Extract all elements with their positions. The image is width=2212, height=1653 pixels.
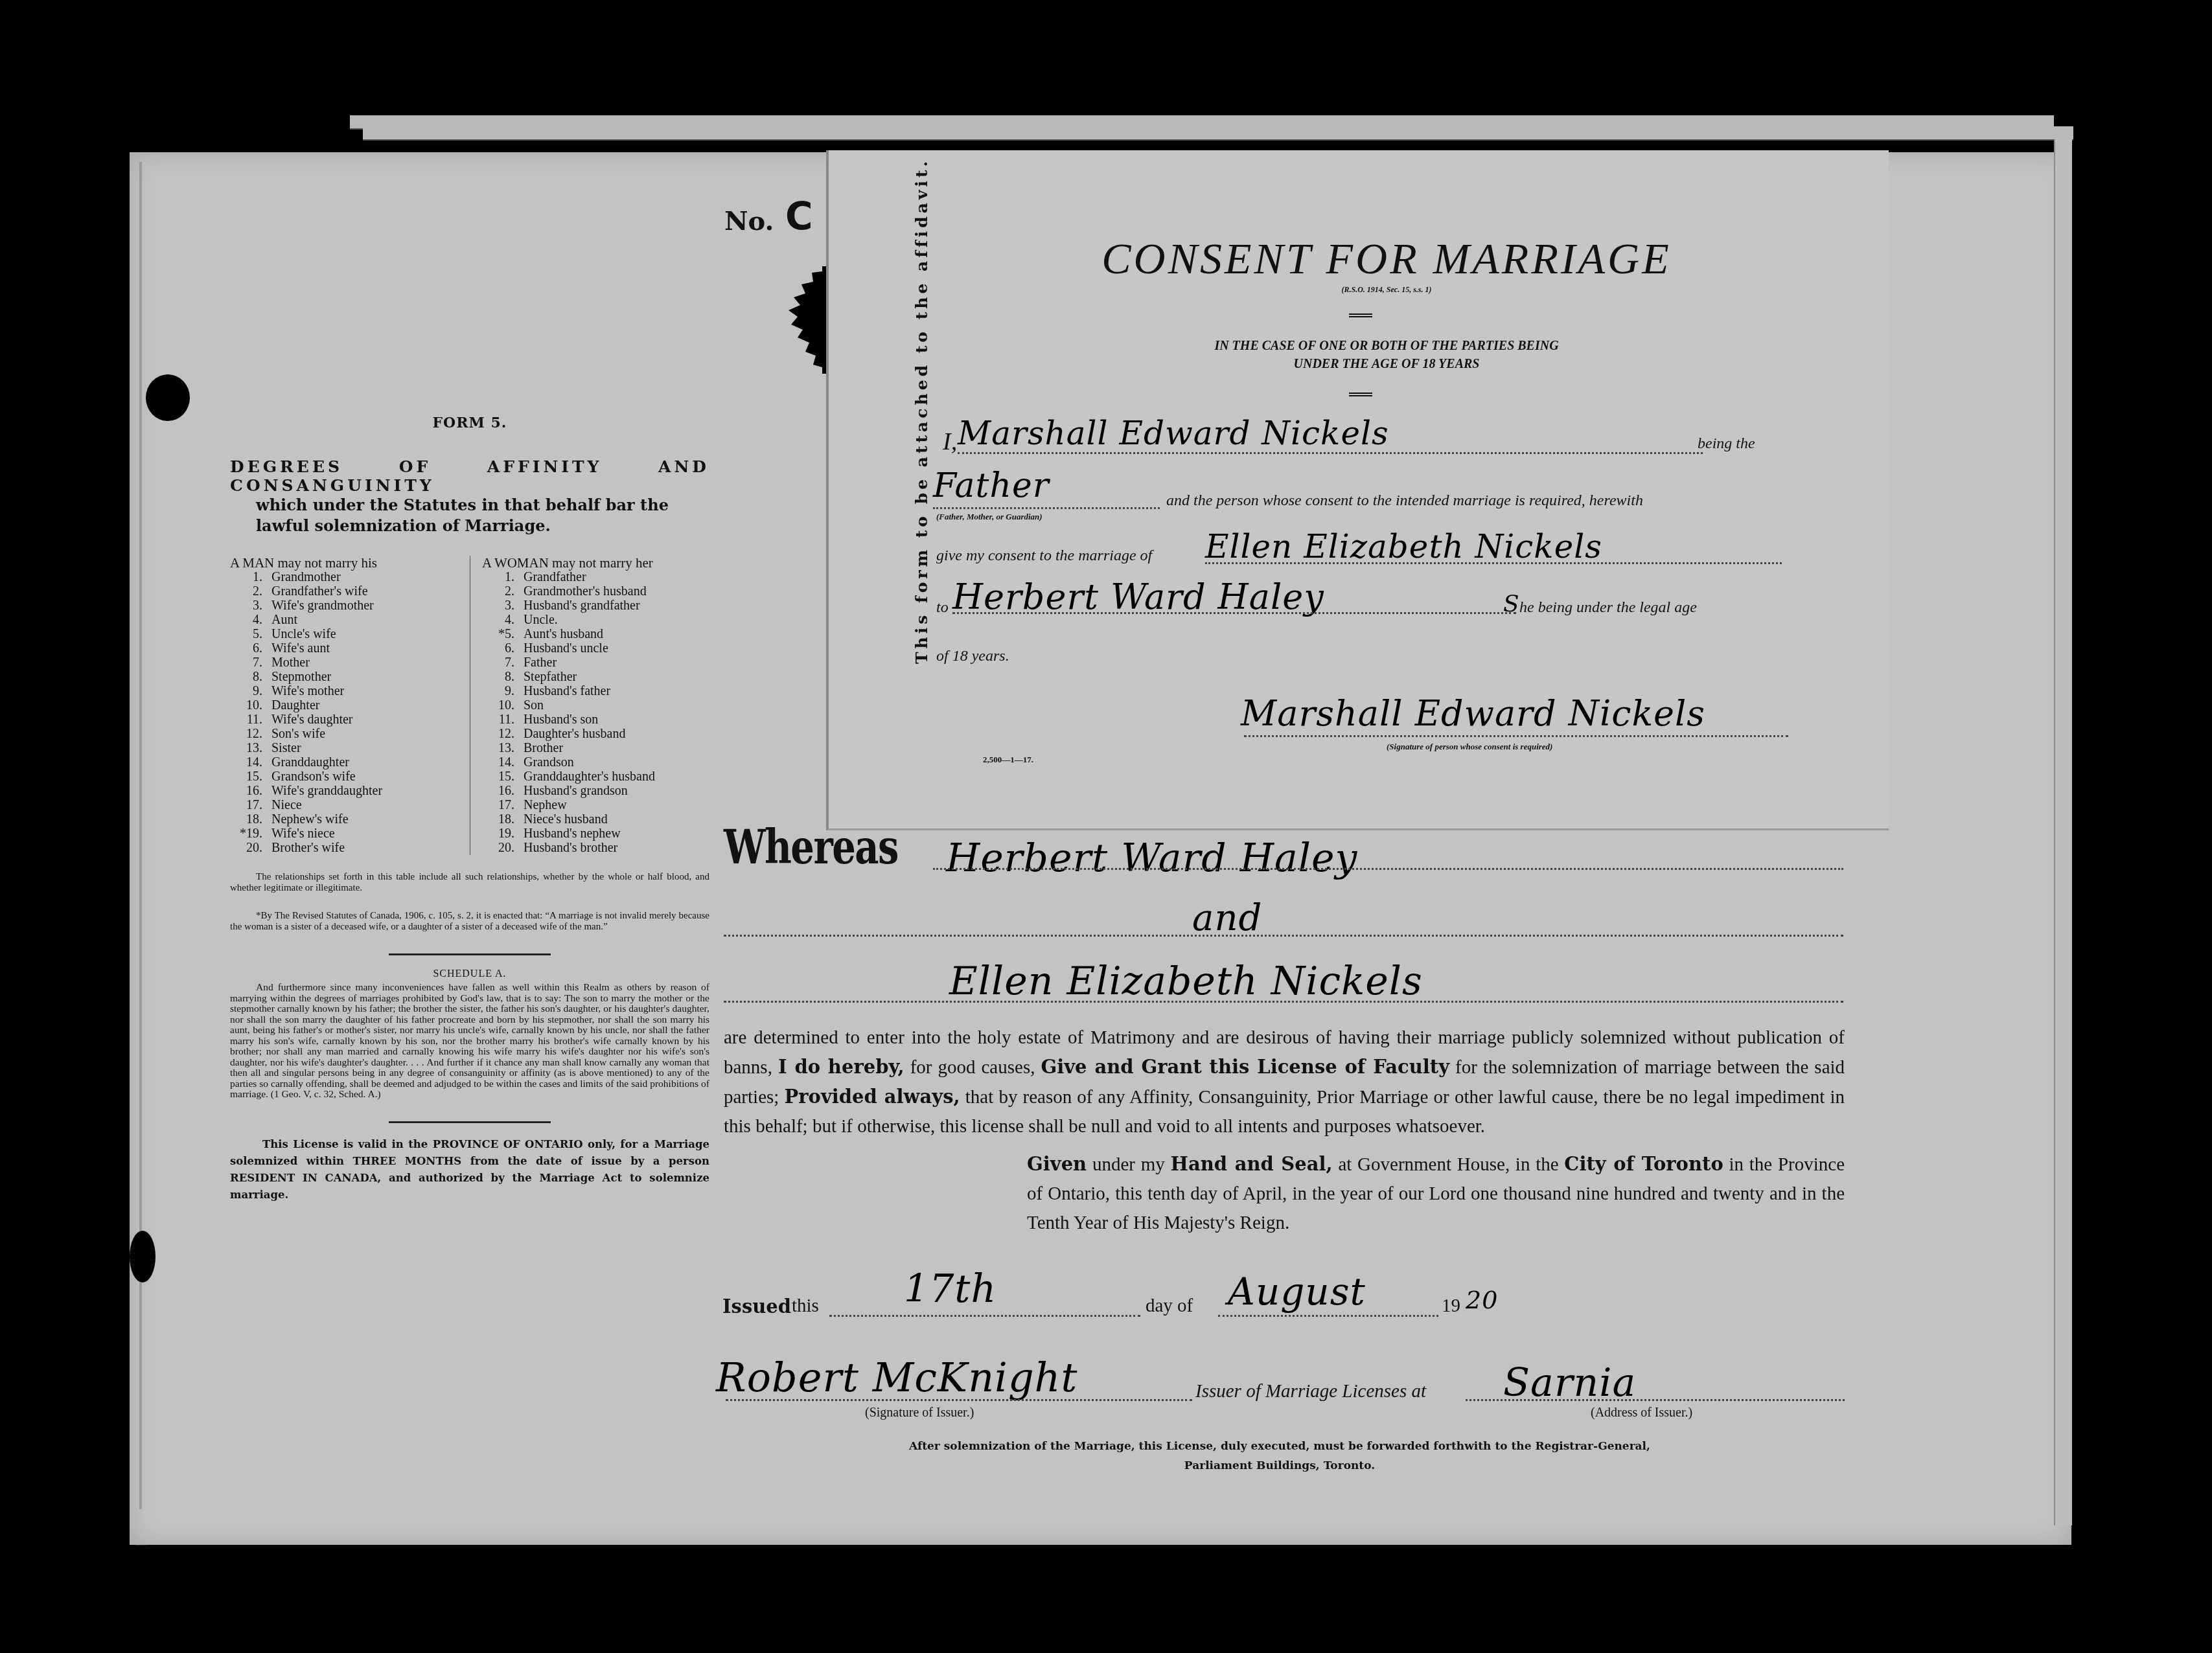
consenter-signature: Marshall Edward Nickels — [1241, 693, 1705, 734]
relationship-text: Wife's granddaughter — [271, 784, 382, 798]
man-list: 1.Grandmother2.Grandfather's wife3.Wife'… — [230, 570, 470, 855]
relationship-text: Grandfather's wife — [271, 584, 368, 598]
issued-this-label: this — [792, 1295, 819, 1317]
being-the-label: being the — [1698, 435, 1755, 453]
issuer-signature-hint: (Signature of Issuer.) — [865, 1406, 974, 1420]
relationship-text: Brother's wife — [271, 841, 345, 855]
dotted-line — [829, 1315, 1140, 1317]
relationship-row: 9.Wife's mother — [230, 684, 470, 698]
row-number: 15. — [230, 769, 271, 784]
row-number: 17. — [230, 798, 271, 812]
row-number: 16. — [482, 784, 524, 798]
dotted-line — [933, 868, 1843, 870]
relationship-text: Granddaughter's husband — [524, 769, 655, 784]
relationship-row: 4.Uncle. — [482, 613, 709, 627]
relationship-row: 8.Stepmother — [230, 670, 470, 684]
issuer-signature: Robert McKnight — [716, 1354, 1077, 1401]
schedule-text: And furthermore since many inconvenience… — [230, 983, 709, 1100]
relationship-text: Grandson's wife — [271, 769, 356, 784]
row-number: 7. — [230, 655, 271, 670]
under-age-clause: he being under the legal age — [1519, 599, 1697, 617]
relationship-field: Father — [933, 466, 1050, 505]
relationship-row: 12.Daughter's husband — [482, 727, 709, 741]
relationship-row: 9.Husband's father — [482, 684, 709, 698]
case-line-2: UNDER THE AGE OF 18 YEARS — [1063, 355, 1711, 373]
issuer-of-label: Issuer of Marriage Licenses at — [1195, 1381, 1426, 1402]
row-number: 11. — [482, 712, 524, 727]
relationship-text: Grandmother — [271, 570, 341, 584]
body-text-2: for good causes, — [910, 1057, 1035, 1078]
page-right-edge — [2054, 139, 2072, 1525]
row-number: 20. — [230, 841, 271, 855]
relationship-row: 18.Nephew's wife — [230, 812, 470, 826]
relationship-row: 10.Daughter — [230, 698, 470, 712]
row-number: 9. — [230, 684, 271, 698]
license-number-prefix: C — [785, 194, 813, 238]
seal-icon — [789, 262, 831, 374]
relationship-text: Grandson — [524, 755, 574, 769]
woman-column: A WOMAN may not marry her 1.Grandfather2… — [470, 556, 709, 855]
relationship-text: Grandfather — [524, 570, 586, 584]
relationship-row: 14.Granddaughter — [230, 755, 470, 769]
dotted-line — [724, 935, 1843, 937]
relationship-row: 11.Husband's son — [482, 712, 709, 727]
spouse-name-field: Herbert Ward Haley — [952, 576, 1324, 617]
given-label: Given — [1027, 1153, 1087, 1175]
give-consent-label: give my consent to the marriage of — [936, 547, 1152, 565]
affinity-subtitle: which under the Statutes in that behalf … — [230, 495, 709, 536]
relationship-text: Father — [524, 655, 557, 670]
given-under-text: Given under my Hand and Seal, at Governm… — [1027, 1150, 1845, 1238]
issued-label: Issued — [722, 1295, 791, 1317]
consent-side-note: This form to be attached to the affidavi… — [912, 158, 931, 664]
statute-note: *By The Revised Statutes of Canada, 1906… — [230, 911, 709, 933]
row-number: 14. — [482, 755, 524, 769]
row-number: 12. — [482, 727, 524, 741]
to-label: to — [936, 599, 949, 617]
relationship-row: 2.Grandmother's husband — [482, 584, 709, 598]
row-number: 2. — [230, 584, 271, 598]
relationship-text: Daughter's husband — [524, 727, 625, 741]
row-number: 13. — [482, 741, 524, 755]
affinity-title: DEGREES OF AFFINITY AND CONSANGUINITY — [230, 457, 709, 495]
divider — [1349, 313, 1372, 317]
consent-statute: (R.S.O. 1914, Sec. 15, s.s. 1) — [1063, 285, 1711, 295]
row-number: 4. — [230, 613, 271, 627]
relationship-row: 17.Niece — [230, 798, 470, 812]
relationship-text: Wife's daughter — [271, 712, 353, 727]
man-column-header: A MAN may not marry his — [230, 556, 470, 570]
row-number: 13. — [230, 741, 271, 755]
relationship-row: 10.Son — [482, 698, 709, 712]
relationship-text: Granddaughter — [271, 755, 349, 769]
address-hint: (Address of Issuer.) — [1591, 1406, 1692, 1420]
relationship-row: 13.Brother — [482, 741, 709, 755]
consenter-name-field: Marshall Edward Nickels — [958, 415, 1389, 452]
dotted-line — [1218, 1315, 1438, 1317]
give-grant: Give and Grant this License of Faculty — [1041, 1056, 1449, 1078]
punch-hole-icon — [130, 1231, 156, 1282]
relationship-row: 3.Wife's grandmother — [230, 598, 470, 613]
day-of-label: day of — [1146, 1295, 1193, 1317]
given-text-2: at Government House, in the — [1338, 1154, 1558, 1175]
relationship-row: 14.Grandson — [482, 755, 709, 769]
relationship-text: Husband's grandfather — [524, 598, 640, 613]
affinity-table-section: FORM 5. DEGREES OF AFFINITY AND CONSANGU… — [230, 415, 709, 1203]
relationship-text: Uncle's wife — [271, 627, 336, 641]
license-body-text: are determined to enter into the holy es… — [724, 1023, 1845, 1141]
row-number: 4. — [482, 613, 524, 627]
relationship-text: Daughter — [271, 698, 319, 712]
relationship-hint: (Father, Mother, or Guardian) — [936, 512, 1043, 522]
year-prefix: 19 — [1442, 1295, 1460, 1317]
row-number: 15. — [482, 769, 524, 784]
hand-and-seal: Hand and Seal, — [1171, 1153, 1333, 1175]
relationship-row: 20.Husband's brother — [482, 841, 709, 855]
signature-hint: (Signature of person whose consent is re… — [1387, 742, 1552, 752]
dotted-line — [958, 452, 1703, 454]
relationship-text: Husband's nephew — [524, 826, 621, 841]
row-number: 6. — [230, 641, 271, 655]
divider — [389, 953, 551, 955]
given-text-1: under my — [1092, 1154, 1165, 1175]
relationship-row: 16.Wife's granddaughter — [230, 784, 470, 798]
print-code: 2,500—1—17. — [983, 755, 1033, 765]
relationship-text: Uncle. — [524, 613, 558, 627]
relationship-text: Son's wife — [271, 727, 325, 741]
binding-crease — [139, 162, 142, 1509]
relationship-text: Aunt's husband — [524, 627, 603, 641]
relationship-row: 2.Grandfather's wife — [230, 584, 470, 598]
row-number: *5. — [482, 627, 524, 641]
relationship-text: Husband's son — [524, 712, 598, 727]
relationship-row: *5.Aunt's husband — [482, 627, 709, 641]
i-label: I, — [943, 427, 957, 456]
relationship-row: 1.Grandfather — [482, 570, 709, 584]
relationship-row: 15.Grandson's wife — [230, 769, 470, 784]
relationship-row: 20.Brother's wife — [230, 841, 470, 855]
relationship-text: Brother — [524, 741, 563, 755]
relationship-text: Aunt — [271, 613, 297, 627]
of-years-label: of 18 years. — [936, 648, 1009, 665]
paper-stack-edge — [363, 126, 2073, 141]
relationship-text: Son — [524, 698, 544, 712]
relationship-row: 15.Granddaughter's husband — [482, 769, 709, 784]
relationship-text: Stepfather — [524, 670, 577, 684]
relationship-row: 11.Wife's daughter — [230, 712, 470, 727]
pronoun-field: S — [1503, 591, 1520, 617]
person-clause: and the person whose consent to the inte… — [1166, 492, 1643, 510]
and-field: and — [1192, 897, 1262, 939]
row-number: 9. — [482, 684, 524, 698]
row-number: 1. — [482, 570, 524, 584]
bride-name-field: Ellen Elizabeth Nickels — [949, 959, 1423, 1004]
relationship-row: 1.Grandmother — [230, 570, 470, 584]
consent-title: CONSENT FOR MARRIAGE — [1063, 233, 1711, 284]
relationship-row: 13.Sister — [230, 741, 470, 755]
row-number: 3. — [230, 598, 271, 613]
row-number: 7. — [482, 655, 524, 670]
dotted-line — [933, 507, 1160, 509]
minor-name-field: Ellen Elizabeth Nickels — [1205, 528, 1602, 565]
groom-name-field: Herbert Ward Haley — [946, 836, 1357, 881]
relationship-row: 12.Son's wife — [230, 727, 470, 741]
row-number: *19. — [230, 826, 271, 841]
divider — [1349, 393, 1372, 396]
relationship-text: Niece's husband — [524, 812, 608, 826]
footer-line-1: After solemnization of the Marriage, thi… — [810, 1437, 1749, 1456]
registrar-footer: After solemnization of the Marriage, thi… — [810, 1437, 1749, 1476]
schedule-title: SCHEDULE A. — [230, 968, 709, 980]
row-number: 1. — [230, 570, 271, 584]
punch-hole-icon — [146, 374, 190, 421]
footer-line-2: Parliament Buildings, Toronto. — [810, 1456, 1749, 1476]
row-number: 17. — [482, 798, 524, 812]
relationship-row: 5.Uncle's wife — [230, 627, 470, 641]
relationship-row: 16.Husband's grandson — [482, 784, 709, 798]
license-number-label: No. — [724, 206, 774, 236]
relationship-text: Husband's father — [524, 684, 610, 698]
issued-day-field: 17th — [904, 1266, 997, 1312]
dotted-line — [1205, 562, 1782, 564]
row-number: 11. — [230, 712, 271, 727]
relationship-row: 6.Wife's aunt — [230, 641, 470, 655]
relationship-row: 18.Niece's husband — [482, 812, 709, 826]
year-suffix-field: 20 — [1466, 1286, 1498, 1314]
dotted-line — [952, 612, 1516, 614]
relationship-text: Stepmother — [271, 670, 331, 684]
row-number: 20. — [482, 841, 524, 855]
relationship-text: Mother — [271, 655, 310, 670]
relationship-text: Grandmother's husband — [524, 584, 647, 598]
row-number: 8. — [230, 670, 271, 684]
case-line-1: IN THE CASE OF ONE OR BOTH OF THE PARTIE… — [1063, 337, 1711, 355]
relationship-text: Wife's grandmother — [271, 598, 374, 613]
woman-column-header: A WOMAN may not marry her — [482, 556, 709, 570]
relationship-text: Nephew's wife — [271, 812, 349, 826]
row-number: 16. — [230, 784, 271, 798]
dotted-line — [724, 1001, 1843, 1003]
relationship-text: Husband's uncle — [524, 641, 608, 655]
row-number: 14. — [230, 755, 271, 769]
relationship-row: 17.Nephew — [482, 798, 709, 812]
relationship-text: Sister — [271, 741, 301, 755]
form-number: FORM 5. — [230, 415, 709, 431]
relationship-text: Wife's mother — [271, 684, 344, 698]
relationship-text: Husband's grandson — [524, 784, 628, 798]
relationship-row: 7.Mother — [230, 655, 470, 670]
prohibited-degrees-table: A MAN may not marry his 1.Grandmother2.G… — [230, 556, 709, 855]
validity-notice: This License is valid in the PROVINCE OF… — [230, 1136, 709, 1203]
relationship-row: 19.Husband's nephew — [482, 826, 709, 841]
row-number: 19. — [482, 826, 524, 841]
relationship-text: Nephew — [524, 798, 567, 812]
row-number: 5. — [230, 627, 271, 641]
consent-case-heading: IN THE CASE OF ONE OR BOTH OF THE PARTIE… — [1063, 337, 1711, 373]
relationship-row: 6.Husband's uncle — [482, 641, 709, 655]
city-of-toronto: City of Toronto — [1564, 1153, 1723, 1175]
divider — [389, 1121, 551, 1123]
relationship-text: Husband's brother — [524, 841, 617, 855]
relationship-row: 4.Aunt — [230, 613, 470, 627]
do-hereby: I do hereby, — [778, 1056, 904, 1078]
row-number: 3. — [482, 598, 524, 613]
row-number: 12. — [230, 727, 271, 741]
row-number: 6. — [482, 641, 524, 655]
row-number: 18. — [482, 812, 524, 826]
row-number: 10. — [230, 698, 271, 712]
row-number: 2. — [482, 584, 524, 598]
dotted-line — [1244, 735, 1788, 737]
dotted-line — [726, 1399, 1192, 1401]
relationship-row: *19.Wife's niece — [230, 826, 470, 841]
relationship-text: Wife's niece — [271, 826, 335, 841]
relationship-text: Niece — [271, 798, 302, 812]
man-column: A MAN may not marry his 1.Grandmother2.G… — [230, 556, 470, 855]
provided-always: Provided always, — [785, 1086, 960, 1108]
woman-list: 1.Grandfather2.Grandmother's husband3.Hu… — [482, 570, 709, 855]
relationships-note: The relationships set forth in this tabl… — [230, 872, 709, 894]
relationship-row: 8.Stepfather — [482, 670, 709, 684]
row-number: 10. — [482, 698, 524, 712]
row-number: 18. — [230, 812, 271, 826]
relationship-row: 7.Father — [482, 655, 709, 670]
relationship-row: 3.Husband's grandfather — [482, 598, 709, 613]
dotted-line — [1466, 1399, 1845, 1401]
row-number: 8. — [482, 670, 524, 684]
relationship-text: Wife's aunt — [271, 641, 330, 655]
issued-month-field: August — [1228, 1270, 1366, 1314]
whereas-heading: Whereas — [724, 819, 898, 874]
